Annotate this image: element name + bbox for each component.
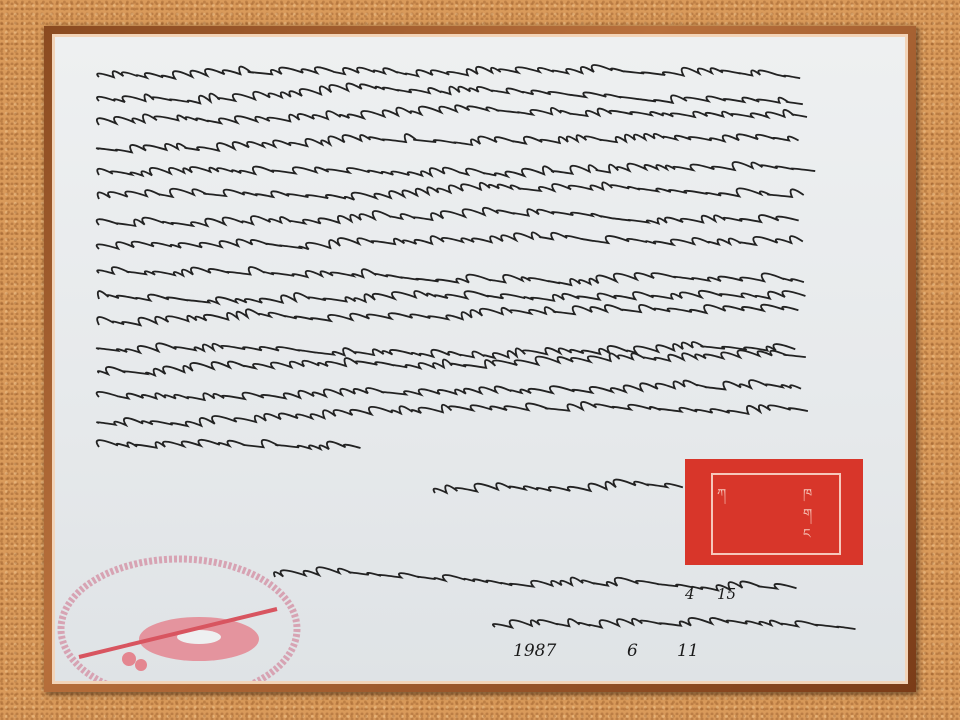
red-seal: ཀ ཁ ག ང <box>685 459 863 565</box>
pen-emblem-icon <box>55 551 309 681</box>
date-year: 1987 <box>513 641 556 661</box>
date-day-upper: 15 <box>717 585 736 603</box>
picture-frame: ཀ ཁ ག ང 4 15 1987 6 11 <box>44 26 916 692</box>
date-month-upper: 4 <box>685 585 695 603</box>
letter-paper: ཀ ཁ ག ང 4 15 1987 6 11 <box>55 37 905 681</box>
date-month-lower: 6 <box>627 641 638 661</box>
frame-mat: ཀ ཁ ག ང 4 15 1987 6 11 <box>52 34 908 684</box>
date-day-lower: 11 <box>677 641 699 661</box>
